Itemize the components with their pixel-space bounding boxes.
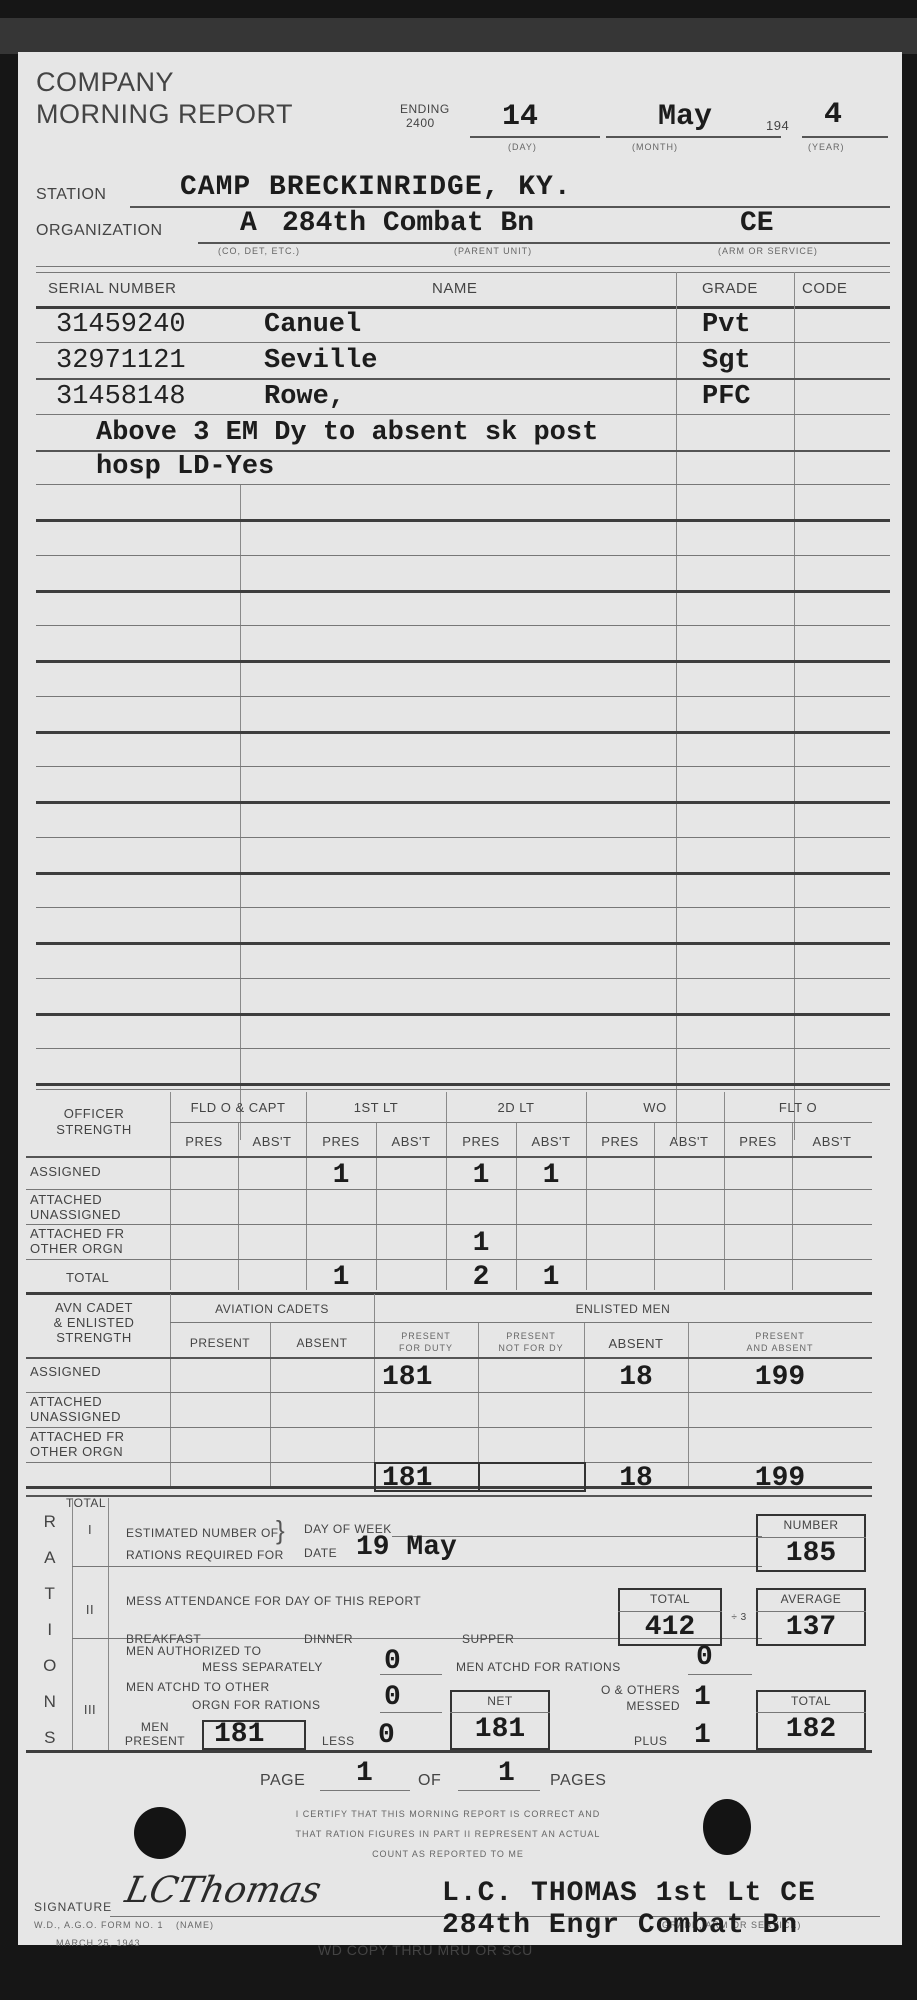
dinner-label: DINNER — [304, 1632, 353, 1646]
label-1: ATTACHED — [30, 1192, 121, 1207]
form-date: MARCH 25, 1943 — [56, 1938, 141, 1948]
org-parent-unit: 284th Combat Bn — [282, 208, 534, 239]
l1: MEN — [112, 1720, 198, 1734]
total-label: TOTAL — [756, 1694, 866, 1708]
form-title: COMPANY MORNING REPORT — [36, 66, 293, 130]
serial-number: 31458148 — [56, 382, 186, 412]
underline — [320, 1790, 410, 1791]
serial-number: 31459240 — [56, 310, 186, 340]
row-rule — [36, 555, 890, 556]
l2: FOR DUTY — [374, 1342, 478, 1354]
page-label: PAGE — [260, 1772, 305, 1790]
underline — [380, 1712, 442, 1713]
ending-time: 2400 — [400, 116, 450, 130]
grid-line — [26, 1427, 872, 1428]
row-label-assigned: ASSIGNED — [30, 1364, 101, 1379]
soldier-grade: Pvt — [702, 310, 751, 340]
group-1st-lt: 1ST LT — [306, 1100, 446, 1115]
row-label-attached-unassigned: ATTACHED UNASSIGNED — [30, 1394, 121, 1424]
org-arm-service: CE — [740, 208, 774, 239]
certification-text: I CERTIFY THAT THIS MORNING REPORT IS CO… — [238, 1804, 658, 1864]
row-rule — [36, 1089, 890, 1090]
month-caption: (MONTH) — [632, 142, 678, 152]
plus-label: PLUS — [634, 1734, 667, 1748]
brace-icon: } — [276, 1518, 285, 1542]
col-serial-number: SERIAL NUMBER — [48, 280, 176, 297]
soldier-grade: Sgt — [702, 346, 751, 376]
letter: A — [28, 1540, 72, 1576]
l1: PRESENT — [688, 1330, 872, 1342]
letter: T — [28, 1576, 72, 1612]
title-2: & ENLISTED — [26, 1315, 162, 1330]
underline — [380, 1674, 442, 1675]
year-value: 4 — [824, 98, 842, 132]
day-caption: (DAY) — [508, 142, 537, 152]
cell-value: 1 — [446, 1228, 516, 1259]
others-messed-label: O & OTHERS MESSED — [580, 1682, 680, 1714]
code-col-line — [794, 272, 795, 1140]
row-rule — [36, 801, 890, 804]
title-1: OFFICER — [26, 1106, 162, 1122]
grid-line — [478, 1462, 480, 1492]
l2: RATIONS REQUIRED FOR — [126, 1544, 284, 1566]
men-present-label: MEN PRESENT — [112, 1720, 198, 1748]
grid-line — [108, 1498, 109, 1750]
atchd-other-label-1: MEN ATCHD TO OTHER — [126, 1680, 270, 1694]
l2: NOT FOR DY — [478, 1342, 584, 1354]
grid-line — [26, 1259, 872, 1260]
signer-name-grade: L.C. THOMAS 1st Lt CE — [442, 1878, 816, 1909]
row-rule — [36, 590, 890, 593]
day-value: 14 — [502, 100, 538, 134]
serial-number: 32971121 — [56, 346, 186, 376]
sub-pres: PRES — [170, 1134, 238, 1149]
label-1: ATTACHED FR — [30, 1226, 125, 1241]
year-caption: (YEAR) — [808, 142, 845, 152]
month-underline — [606, 136, 781, 138]
letter: I — [28, 1612, 72, 1648]
label-2: UNASSIGNED — [30, 1409, 121, 1424]
cell-value: 181 — [382, 1466, 432, 1492]
year-underline — [802, 136, 888, 138]
l2: THAT RATION FIGURES IN PART II REPRESENT… — [238, 1824, 658, 1844]
title-line-1: COMPANY — [36, 66, 293, 98]
total-pages: 1 — [498, 1758, 515, 1789]
cell-value: 1 — [516, 1262, 586, 1293]
divider — [36, 266, 890, 267]
date-label: DATE — [304, 1546, 337, 1560]
l3: COUNT AS REPORTED TO ME — [238, 1844, 658, 1864]
l1: ESTIMATED NUMBER OF — [126, 1522, 284, 1544]
cell-value: 181 — [382, 1362, 432, 1393]
average-label: AVERAGE — [756, 1592, 866, 1606]
row-rule — [36, 837, 890, 838]
atchd-other-value: 0 — [384, 1682, 401, 1713]
letter: R — [28, 1504, 72, 1540]
l2: AND ABSENT — [688, 1342, 872, 1354]
label-1: ATTACHED FR — [30, 1429, 125, 1444]
org-company: A — [240, 208, 257, 239]
ration-number: 185 — [756, 1540, 866, 1568]
mess-average: 137 — [756, 1614, 866, 1642]
row-rule — [36, 942, 890, 945]
row-label-attached-fr: ATTACHED FR OTHER ORGN — [30, 1226, 125, 1256]
officer-strength-title: OFFICER STRENGTH — [26, 1106, 162, 1138]
row-label-total: TOTAL — [66, 1270, 109, 1285]
punch-hole — [134, 1807, 186, 1859]
station-label: STATION — [36, 186, 106, 204]
sub-pres: PRES — [306, 1134, 376, 1149]
others-messed-value: 1 — [694, 1682, 711, 1713]
l1: O & OTHERS — [580, 1682, 680, 1698]
row-label-attached-unassigned: ATTACHED UNASSIGNED — [30, 1192, 121, 1222]
divider — [36, 272, 890, 273]
sub-abst: ABS'T — [792, 1134, 872, 1149]
grid-line — [756, 1712, 866, 1713]
grid-line — [26, 1357, 872, 1359]
sub-pres: PRES — [446, 1134, 516, 1149]
label-2: OTHER ORGN — [30, 1241, 125, 1256]
handwritten-signature: LCThomas — [122, 1870, 325, 1911]
row-label-assigned: ASSIGNED — [30, 1164, 101, 1179]
day-underline — [470, 136, 600, 138]
net-value: 181 — [450, 1716, 550, 1744]
row-rule — [36, 1013, 890, 1016]
less-label: LESS — [322, 1734, 355, 1748]
cell-value: 1 — [446, 1160, 516, 1191]
cell-value: 18 — [584, 1362, 688, 1393]
sub-abst: ABS'T — [516, 1134, 586, 1149]
supper-label: SUPPER — [462, 1632, 514, 1646]
auth-sep-value: 0 — [384, 1646, 401, 1677]
row-rule — [36, 519, 890, 522]
number-label: NUMBER — [756, 1518, 866, 1532]
org-caption-arm: (ARM OR SERVICE) — [718, 246, 818, 256]
atchd-other-label-2: ORGN FOR RATIONS — [192, 1698, 320, 1712]
group-enlisted-men: ENLISTED MEN — [374, 1302, 872, 1316]
letter: O — [28, 1648, 72, 1684]
film-edge — [0, 18, 917, 54]
grade-col-line — [676, 272, 677, 1140]
col-cadets-present: PRESENT — [170, 1336, 270, 1350]
atchd-for-rations-value: 0 — [696, 1642, 713, 1673]
mess-total: 412 — [618, 1614, 722, 1642]
remarks-line-1: Above 3 EM Dy to absent sk post — [96, 418, 598, 448]
section-rule — [26, 1495, 872, 1497]
sub-abst: ABS'T — [654, 1134, 724, 1149]
cell-value: 1 — [306, 1262, 376, 1293]
auth-sep-label-1: MEN AUTHORIZED TO — [126, 1644, 261, 1658]
row-rule — [36, 731, 890, 734]
l1: I CERTIFY THAT THIS MORNING REPORT IS CO… — [238, 1804, 658, 1824]
l1: PRESENT — [478, 1330, 584, 1342]
org-underline — [198, 242, 890, 244]
soldier-name: Rowe, — [264, 382, 345, 412]
section-numeral: III — [72, 1702, 108, 1717]
label-1: ATTACHED — [30, 1394, 121, 1409]
l2: MESSED — [580, 1698, 680, 1714]
cell-value: 1 — [516, 1160, 586, 1191]
ration-date: 19 May — [356, 1532, 457, 1563]
year-prefix: 194 — [766, 118, 789, 133]
title-line-2: MORNING REPORT — [36, 98, 293, 130]
org-caption-parent: (PARENT UNIT) — [454, 246, 532, 256]
group-2d-lt: 2D LT — [446, 1100, 586, 1115]
name-caption: (NAME) — [176, 1920, 214, 1930]
letter: N — [28, 1684, 72, 1720]
row-rule — [36, 872, 890, 875]
rations-total: 182 — [756, 1716, 866, 1744]
col-code: CODE — [802, 280, 847, 297]
ending-text: ENDING — [400, 102, 450, 116]
l1: PRESENT — [374, 1330, 478, 1342]
organization-label: ORGANIZATION — [36, 222, 163, 240]
plus-value: 1 — [694, 1720, 711, 1751]
section-rule — [26, 1750, 872, 1753]
row-rule — [36, 625, 890, 626]
divide-label: ÷ 3 — [722, 1612, 756, 1623]
row-rule — [36, 1083, 890, 1086]
title-3: STRENGTH — [26, 1330, 162, 1345]
grid-line — [26, 1224, 872, 1225]
row-rule — [36, 907, 890, 908]
sub-abst: ABS'T — [376, 1134, 446, 1149]
col-name: NAME — [432, 280, 477, 297]
sub-abst: ABS'T — [238, 1134, 306, 1149]
month-value: May — [658, 100, 712, 134]
grid-line — [170, 1122, 872, 1123]
morning-report-form: COMPANY MORNING REPORT ENDING 2400 14 (D… — [18, 52, 902, 1945]
org-caption-company: (CO, DET, ETC.) — [218, 246, 300, 256]
row-rule — [36, 1048, 890, 1049]
sub-pres: PRES — [586, 1134, 654, 1149]
cell-value: 1 — [306, 1160, 376, 1191]
enlisted-strength-title: AVN CADET & ENLISTED STRENGTH — [26, 1300, 162, 1345]
grid-line — [450, 1712, 550, 1713]
men-present-value: 181 — [214, 1722, 264, 1748]
header-rule — [36, 306, 890, 309]
punch-hole — [703, 1799, 751, 1855]
col-absent: ABSENT — [584, 1336, 688, 1351]
row-rule — [36, 978, 890, 979]
section-numeral: II — [72, 1602, 108, 1617]
form-number: W.D., A.G.O. FORM NO. 1 — [34, 1920, 164, 1930]
row-rule — [36, 766, 890, 767]
row-rule — [36, 378, 890, 380]
ending-label: ENDING 2400 — [400, 102, 450, 130]
col-grade: GRADE — [702, 280, 758, 297]
title-1: AVN CADET — [26, 1300, 162, 1315]
sub-pres: PRES — [724, 1134, 792, 1149]
underline — [688, 1674, 752, 1675]
group-aviation-cadets: AVIATION CADETS — [170, 1302, 374, 1316]
group-flt-o: FLT O — [724, 1100, 872, 1115]
signature-label: SIGNATURE — [34, 1900, 112, 1914]
label-2: UNASSIGNED — [30, 1207, 121, 1222]
rations-side-label: R A T I O N S — [28, 1504, 72, 1756]
group-wo: WO — [586, 1100, 724, 1115]
row-rule — [36, 342, 890, 343]
station-value: CAMP BRECKINRIDGE, KY. — [180, 172, 572, 203]
signer-unit: 284th Engr Combat Bn — [442, 1910, 798, 1941]
soldier-name: Canuel — [264, 310, 361, 340]
total-label: TOTAL — [618, 1592, 722, 1606]
label-2: OTHER ORGN — [30, 1444, 125, 1459]
of-label: OF — [418, 1772, 441, 1790]
grid-line — [72, 1566, 762, 1567]
col-present-not-for-dy: PRESENT NOT FOR DY — [478, 1330, 584, 1354]
col-present-for-duty: PRESENT FOR DUTY — [374, 1330, 478, 1354]
less-value: 0 — [378, 1720, 395, 1751]
section-numeral: I — [72, 1522, 108, 1537]
row-rule — [36, 414, 890, 415]
col-present-and-absent: PRESENT AND ABSENT — [688, 1330, 872, 1354]
row-label-attached-fr: ATTACHED FR OTHER ORGN — [30, 1429, 125, 1459]
title-2: STRENGTH — [26, 1122, 162, 1138]
row-rule — [36, 484, 890, 485]
l2: PRESENT — [112, 1734, 198, 1748]
row-rule — [36, 696, 890, 697]
cell-value: 18 — [584, 1466, 688, 1492]
col-cadets-absent: ABSENT — [270, 1336, 374, 1350]
page-number: 1 — [356, 1758, 373, 1789]
cell-value: 2 — [446, 1262, 516, 1293]
grid-line — [26, 1156, 872, 1158]
pages-label: PAGES — [550, 1772, 606, 1790]
wd-copy-label: WD COPY THRU MRU OR SCU — [318, 1942, 533, 1958]
cell-value: 199 — [688, 1362, 872, 1393]
net-label: NET — [450, 1694, 550, 1708]
cell-value: 199 — [688, 1466, 872, 1492]
atchd-for-rations-label: MEN ATCHD FOR RATIONS — [456, 1660, 621, 1674]
estimated-rations-label: ESTIMATED NUMBER OF RATIONS REQUIRED FOR — [126, 1522, 284, 1566]
soldier-name: Seville — [264, 346, 377, 376]
underline — [458, 1790, 540, 1791]
mess-attendance-label: MESS ATTENDANCE FOR DAY OF THIS REPORT — [126, 1594, 421, 1608]
name-col-line — [240, 484, 241, 1140]
row-rule — [36, 660, 890, 663]
grid-line — [170, 1322, 872, 1323]
soldier-grade: PFC — [702, 382, 751, 412]
group-fld-o-capt: FLD O & CAPT — [170, 1100, 306, 1115]
auth-sep-label-2: MESS SEPARATELY — [202, 1660, 323, 1674]
remarks-line-2: hosp LD-Yes — [96, 452, 274, 482]
